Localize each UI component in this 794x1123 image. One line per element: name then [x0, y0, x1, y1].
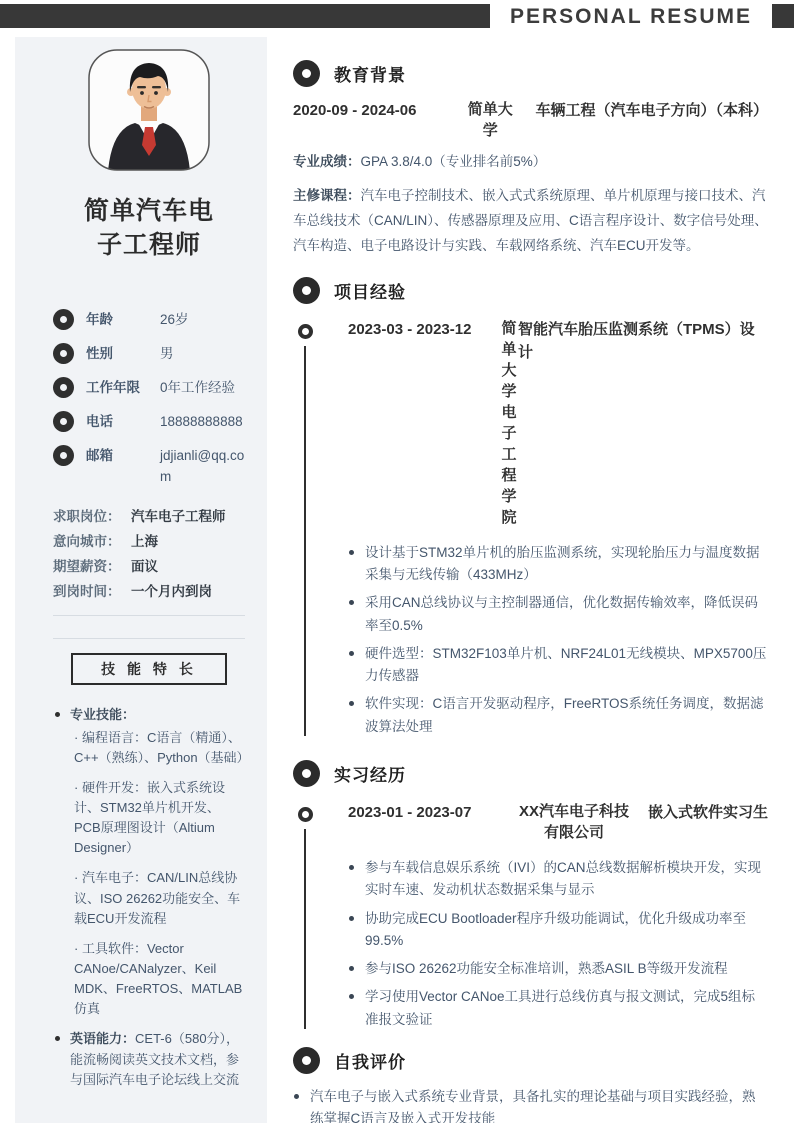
- candidate-name: 简单汽车电子工程师: [76, 195, 222, 263]
- sidebar-divider: [53, 615, 245, 616]
- bullet-item: 采用CAN总线协议与主控制器通信，优化数据传输效率，降低误码率至0.5%: [348, 592, 768, 637]
- avatar-photo: [88, 49, 210, 171]
- bullet-item: 协助完成ECU Bootloader程序升级功能调试，优化升级成功率至99.5%: [348, 908, 768, 953]
- basic-info-list: 年龄 26岁 性别 男 工作年限 0年工作经验 电话 18888888888: [53, 309, 245, 487]
- project-bullet-list: 设计基于STM32单片机的胎压监测系统，实现轮胎压力与温度数据采集与无线传输（4…: [348, 542, 768, 738]
- section-donut-icon: [293, 60, 320, 87]
- timeline-dot-icon: [298, 807, 313, 822]
- sidebar-divider: [53, 638, 245, 639]
- entry-role: 嵌入式软件实习生: [648, 801, 768, 843]
- skill-item: · 编程语言：C语言（精通）、C++（熟练）、Python（基础）: [74, 728, 245, 768]
- projects-section: 项目经验 2023-03 - 2023-12 简单大学电子工程学院 智能汽车胎压…: [285, 277, 768, 738]
- section-header: 自我评价: [293, 1047, 768, 1074]
- skill-item: · 硬件开发：嵌入式系统设计、STM32单片机开发、PCB原理图设计（Altiu…: [74, 778, 245, 859]
- intent-row-position: 求职岗位： 汽车电子工程师: [53, 507, 245, 526]
- info-value: 26岁: [160, 309, 245, 330]
- page-header: PERSONAL RESUME: [0, 0, 794, 37]
- section-header: 教育背景: [293, 60, 768, 87]
- skills-title: 技 能 特 长: [101, 659, 197, 679]
- courses-line: 主修课程：汽车电子控制技术、嵌入式式系统原理、单片机原理与接口技术、汽车总线技术…: [293, 184, 768, 259]
- bullet-item: 设计基于STM32单片机的胎压监测系统，实现轮胎压力与温度数据采集与无线传输（4…: [348, 542, 768, 587]
- entry-date: 2020-09 - 2024-06: [293, 99, 445, 141]
- donut-bullet-icon: [53, 411, 74, 432]
- internship-entry-head: 2023-01 - 2023-07 XX汽车电子科技有限公司 嵌入式软件实习生: [348, 801, 768, 843]
- skill-group-label: 专业技能：: [53, 705, 245, 725]
- intent-row-salary: 期望薪资： 面议: [53, 557, 245, 576]
- internship-entry: 2023-01 - 2023-07 XX汽车电子科技有限公司 嵌入式软件实习生 …: [285, 799, 768, 1031]
- header-title-box: PERSONAL RESUME: [490, 0, 772, 34]
- resume-page: PERSONAL RESUME: [0, 0, 794, 1123]
- section-donut-icon: [293, 277, 320, 304]
- info-value: jdjianli@qq.com: [160, 445, 245, 487]
- info-row-phone: 电话 18888888888: [53, 411, 245, 432]
- entry-major: 车辆工程（汽车电子方向）（本科）: [535, 99, 768, 141]
- entry-date: 2023-01 - 2023-07: [348, 801, 500, 843]
- donut-bullet-icon: [53, 343, 74, 364]
- entry-org: 简单大学电子工程学院: [500, 318, 518, 528]
- info-label: 邮箱: [86, 445, 160, 466]
- bullet-item: 学习使用Vector CANoe工具进行总线仿真与报文测试，完成5组标准报文验证: [348, 986, 768, 1031]
- timeline-line: [304, 346, 306, 736]
- intent-value: 汽车电子工程师: [131, 507, 226, 526]
- gpa-label: 专业成绩：: [293, 154, 361, 169]
- bullet-item: 硬件选型：STM32F103单片机、NRF24L01无线模块、MPX5700压力…: [348, 643, 768, 688]
- intent-row-availability: 到岗时间： 一个月内到岗: [53, 582, 245, 601]
- sidebar: 简单汽车电子工程师 年龄 26岁 性别 男 工作年限 0年工作经验: [15, 37, 267, 1123]
- info-label: 年龄: [86, 309, 160, 330]
- skills-title-box: 技 能 特 长: [71, 653, 227, 685]
- info-row-experience: 工作年限 0年工作经验: [53, 377, 245, 398]
- evaluation-bullet-list: 汽车电子与嵌入式系统专业背景，具备扎实的理论基础与项目实践经验，熟练掌握C语言及…: [293, 1086, 768, 1123]
- skill-item: · 汽车电子：CAN/LIN总线协议、ISO 26262功能安全、车载ECU开发…: [74, 868, 245, 928]
- info-row-gender: 性别 男: [53, 343, 245, 364]
- donut-bullet-icon: [53, 377, 74, 398]
- courses-value: 汽车电子控制技术、嵌入式式系统原理、单片机原理与接口技术、汽车总线技术（CAN/…: [293, 188, 768, 253]
- skills-list: 专业技能： · 编程语言：C语言（精通）、C++（熟练）、Python（基础） …: [53, 705, 245, 1090]
- info-label: 性别: [86, 343, 160, 364]
- section-title: 教育背景: [334, 61, 406, 86]
- entry-role: 智能汽车胎压监测系统（TPMS）设计: [518, 318, 768, 528]
- education-entry-head: 2020-09 - 2024-06 简单大学 车辆工程（汽车电子方向）（本科）: [293, 99, 768, 141]
- section-donut-icon: [293, 760, 320, 787]
- section-title: 实习经历: [334, 761, 406, 786]
- timeline-line: [304, 829, 306, 1029]
- section-donut-icon: [293, 1047, 320, 1074]
- info-value: 男: [160, 343, 245, 364]
- self-evaluation-section: 自我评价 汽车电子与嵌入式系统专业背景，具备扎实的理论基础与项目实践经验，熟练掌…: [285, 1047, 768, 1123]
- donut-bullet-icon: [53, 309, 74, 330]
- skill-group-english: 英语能力：CET-6（580分），能流畅阅读英文技术文档，参与国际汽车电子论坛线…: [53, 1029, 245, 1089]
- intent-row-city: 意向城市： 上海: [53, 532, 245, 551]
- intent-value: 上海: [131, 532, 158, 551]
- info-label: 工作年限: [86, 377, 160, 398]
- info-value: 0年工作经验: [160, 377, 245, 398]
- bullet-item: 汽车电子与嵌入式系统专业背景，具备扎实的理论基础与项目实践经验，熟练掌握C语言及…: [293, 1086, 768, 1123]
- education-section: 教育背景 2020-09 - 2024-06 简单大学 车辆工程（汽车电子方向）…: [285, 60, 768, 259]
- gpa-line: 专业成绩：GPA 3.8/4.0（专业排名前5%）: [293, 150, 768, 175]
- entry-org: XX汽车电子科技有限公司: [515, 801, 633, 843]
- info-value: 18888888888: [160, 411, 245, 432]
- info-label: 电话: [86, 411, 160, 432]
- intent-label: 意向城市：: [53, 532, 131, 551]
- page-title: PERSONAL RESUME: [510, 5, 752, 29]
- internship-bullet-list: 参与车载信息娱乐系统（IVI）的CAN总线数据解析模块开发，实现实时车速、发动机…: [348, 857, 768, 1031]
- internship-section: 实习经历 2023-01 - 2023-07 XX汽车电子科技有限公司 嵌入式软…: [285, 760, 768, 1031]
- project-entry-head: 2023-03 - 2023-12 简单大学电子工程学院 智能汽车胎压监测系统（…: [348, 318, 768, 528]
- courses-label: 主修课程：: [293, 188, 361, 203]
- gpa-value: GPA 3.8/4.0（专业排名前5%）: [361, 154, 547, 169]
- section-title: 自我评价: [334, 1048, 406, 1073]
- section-header: 项目经验: [293, 277, 768, 304]
- content-columns: 简单汽车电子工程师 年龄 26岁 性别 男 工作年限 0年工作经验: [0, 37, 794, 1123]
- bullet-item: 软件实现：C语言开发驱动程序，FreeRTOS系统任务调度，数据滤波算法处理: [348, 693, 768, 738]
- entry-date: 2023-03 - 2023-12: [348, 318, 500, 528]
- main-column: 教育背景 2020-09 - 2024-06 简单大学 车辆工程（汽车电子方向）…: [267, 37, 794, 1123]
- intent-value: 面议: [131, 557, 158, 576]
- bullet-item: 参与ISO 26262功能安全标准培训，熟悉ASIL B等级开发流程: [348, 958, 768, 980]
- intent-label: 期望薪资：: [53, 557, 131, 576]
- timeline-dot-icon: [298, 324, 313, 339]
- entry-school: 简单大学: [462, 99, 518, 141]
- intent-label: 求职岗位：: [53, 507, 131, 526]
- info-row-age: 年龄 26岁: [53, 309, 245, 330]
- project-entry: 2023-03 - 2023-12 简单大学电子工程学院 智能汽车胎压监测系统（…: [285, 316, 768, 738]
- section-title: 项目经验: [334, 278, 406, 303]
- donut-bullet-icon: [53, 445, 74, 466]
- skill-item: · 工具软件：Vector CANoe/CANalyzer、Keil MDK、F…: [74, 939, 245, 1020]
- intent-label: 到岗时间：: [53, 582, 131, 601]
- info-row-email: 邮箱 jdjianli@qq.com: [53, 445, 245, 487]
- job-intent-list: 求职岗位： 汽车电子工程师 意向城市： 上海 期望薪资： 面议 到岗时间： 一个…: [53, 507, 245, 601]
- intent-value: 一个月内到岗: [131, 582, 212, 601]
- bullet-item: 参与车载信息娱乐系统（IVI）的CAN总线数据解析模块开发，实现实时车速、发动机…: [348, 857, 768, 902]
- section-header: 实习经历: [293, 760, 768, 787]
